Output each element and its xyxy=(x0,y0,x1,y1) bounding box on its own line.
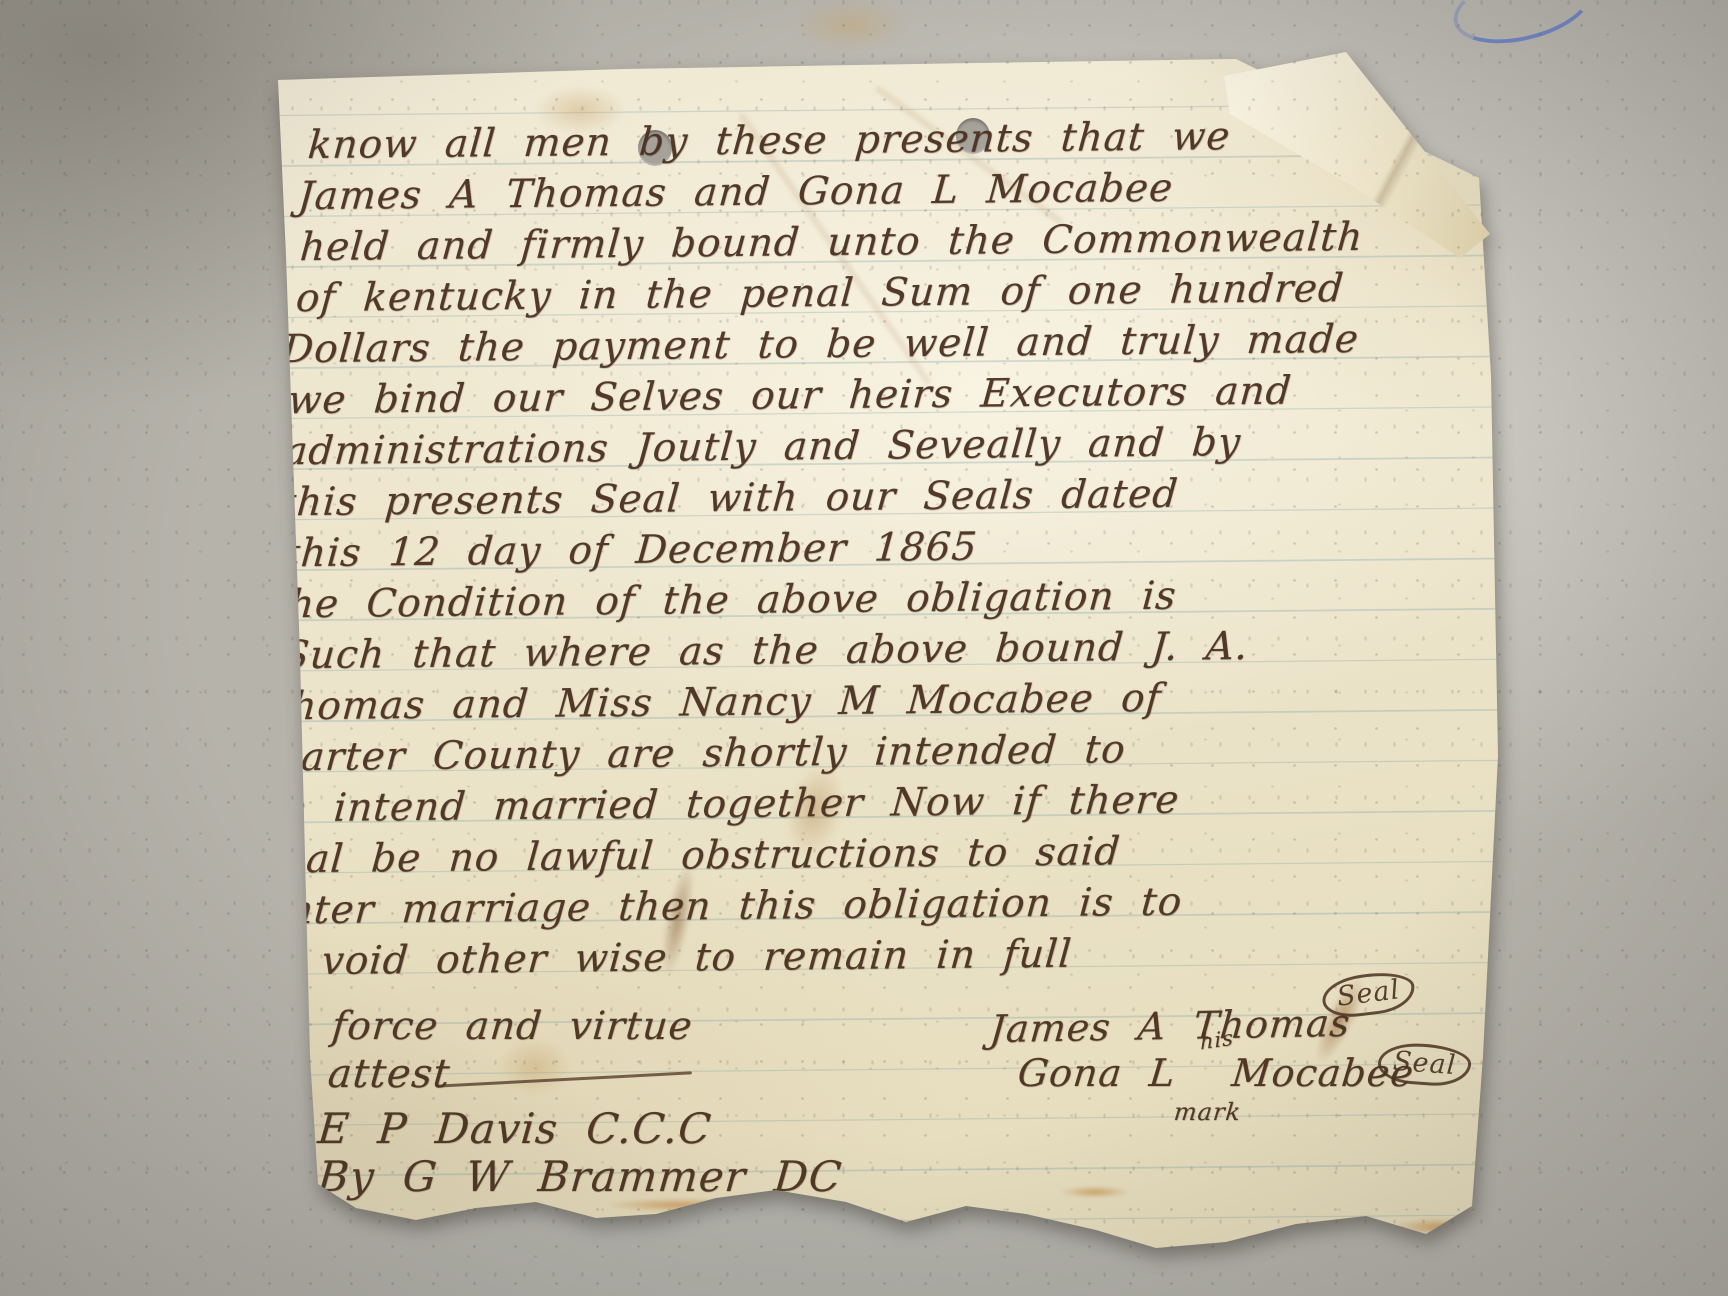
his-mark-top: his xyxy=(1200,1026,1235,1055)
photo-background: know all men by these presents that we J… xyxy=(0,0,1728,1296)
his-mark-bottom: mark xyxy=(1173,1098,1243,1126)
rust-stain xyxy=(870,1224,980,1237)
signature-james-a-thomas: James A Thomas xyxy=(988,1001,1352,1051)
closing-line: force and virtue xyxy=(330,1004,695,1049)
signature-gona-first: Gona L xyxy=(1016,1051,1178,1095)
stain xyxy=(793,0,908,50)
clerk-signature: E P Davis C.C.C xyxy=(316,1104,714,1153)
blue-pen-mark xyxy=(1446,0,1600,56)
document-body: know all men by these presents that we J… xyxy=(242,109,1469,988)
deputy-clerk-signature: By G W Brammer DC xyxy=(316,1152,844,1201)
attest-label: attest xyxy=(326,1051,452,1097)
document-paper: know all men by these presents that we J… xyxy=(274,56,1506,1256)
paper-sheet: know all men by these presents that we J… xyxy=(274,56,1506,1256)
